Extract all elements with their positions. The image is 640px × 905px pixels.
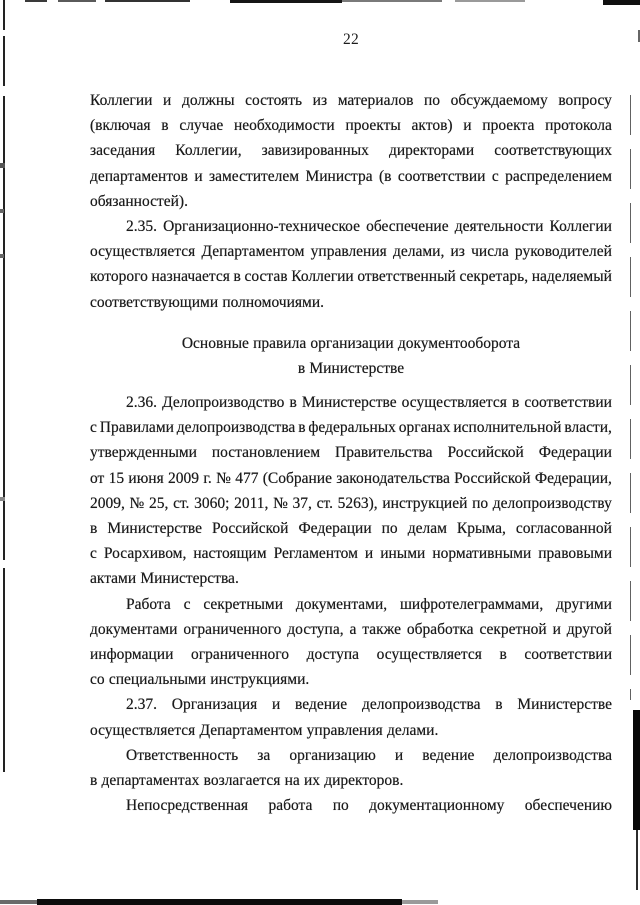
scan-tick-left [0,163,5,168]
scan-mark-top [230,0,342,3]
text-line: осуществляетсяДепартаментомуправлениядел… [90,718,612,743]
paragraph: Ответственностьзаорганизациюиведениедело… [90,743,612,793]
text-line: которогоназначаетсявсоставКоллегииответс… [90,264,612,289]
document-content: Коллегииидолжнысостоятьизматериаловпообс… [90,88,612,818]
scan-mark-top [342,0,442,2]
scan-mark-top [105,0,190,2]
scan-mark-top [25,0,47,2]
text-line: департаментовизаместителемМинистра(всоот… [90,164,612,189]
paragraph: Коллегииидолжнысостоятьизматериаловпообс… [90,88,612,214]
paragraph: Работассекретнымидокументами,шифротелегр… [90,592,612,693]
paragraph: 2.37.Организацияиведениеделопроизводства… [90,692,612,742]
scan-bar-right [633,710,640,830]
scan-mark-top [455,0,525,2]
scan-mark-top-right [603,0,640,5]
text-line: сПравиламиделопроизводствавфедеральныхор… [90,415,612,440]
text-line: Ответственностьзаорганизациюиведениедело… [90,743,612,768]
text-line: соспециальнымиинструкциями. [90,667,612,692]
text-line: осуществляетсяДепартаментомуправлениядел… [90,239,612,264]
text-line: вМинистерствеРоссийскойФедерацииподеламК… [90,516,612,541]
text-line: Непосредственнаяработаподокументационном… [90,793,612,818]
scan-line-left-gap [2,30,6,36]
section-heading: Основныеправилаорганизациидокументооборо… [90,331,612,381]
text-line: от15июня2009г.№477(Собраниезаконодательс… [90,466,612,491]
text-line: 2.37.Организацияиведениеделопроизводства… [90,692,612,717]
text-line: заседанияКоллегии,завизированныхдиректор… [90,138,612,163]
scan-line-left-gap [2,560,6,568]
text-line: (включаявслучаенеобходимостипроектыактов… [90,113,612,138]
scan-mark-top [58,0,96,2]
scan-bar-right-tail [636,830,638,890]
scan-tick-left [0,254,4,258]
scan-bar-bottom-gray-right [402,900,438,904]
page-number: 22 [90,31,612,49]
scan-line-left [3,0,5,772]
text-line: вдепартаментахвозлагаетсянаихдиректоров. [90,768,612,793]
scanned-document-page: 22 Коллегииидолжнысостоятьизматериаловпо… [0,0,640,905]
scan-tick-left [0,497,5,501]
text-line: утвержденнымипостановлениемПравительства… [90,440,612,465]
text-line: сРосархивом,настоящимРегламентомиинымино… [90,541,612,566]
text-line: Основныеправилаорганизациидокументооборо… [90,331,612,356]
text-line: вМинистерстве [90,356,612,381]
scan-line-left-gap [2,86,6,96]
paragraph: 2.35.Организационно-техническоеобеспечен… [90,214,612,315]
text-line: 2.35.Организационно-техническоеобеспечен… [90,214,612,239]
text-line: 2.36.ДелопроизводствовМинистерствеосущес… [90,390,612,415]
paragraph: Непосредственнаяработаподокументационном… [90,793,612,818]
text-line: информацииограниченногодоступаосуществля… [90,642,612,667]
text-line: документамиограниченногодоступа,атакжеоб… [90,617,612,642]
text-line: актамиМинистерства. [90,566,612,591]
scan-bar-bottom-black [37,899,402,905]
scan-bar-bottom-gray-left [0,900,37,904]
text-line: Работассекретнымидокументами,шифротелегр… [90,592,612,617]
text-line: 2009,№25,ст.3060;2011,№37,ст.5263),инстр… [90,491,612,516]
text-line: соответствующимиполномочиями. [90,290,612,315]
text-line: обязанностей). [90,189,612,214]
scan-line-right [630,95,631,700]
scan-tick-left [0,209,4,213]
paragraph: 2.36.ДелопроизводствовМинистерствеосущес… [90,390,612,592]
text-line: Коллегииидолжнысостоятьизматериаловпообс… [90,88,612,113]
